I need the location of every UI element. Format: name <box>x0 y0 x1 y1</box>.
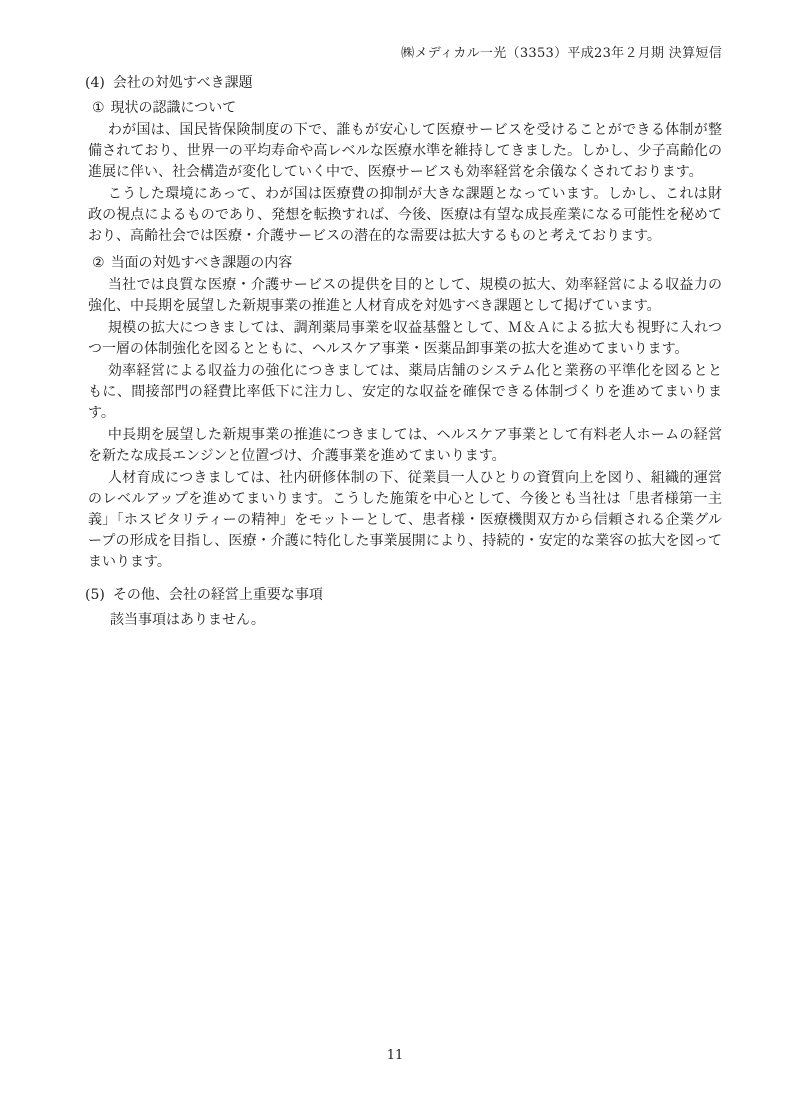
page-header: ㈱メディカル一光（3353）平成23年２月期 決算短信 <box>401 46 722 62</box>
paragraph: 効率経営による収益力の強化につきましては、薬局店舗のシステム化と業務の平準化を図… <box>88 361 722 424</box>
section-4-label: (4) <box>85 75 105 91</box>
section-5-body: 該当事項はありません。 <box>110 610 725 631</box>
subsection-1-heading: ①現状の認識について <box>92 98 725 119</box>
section-4-heading: (4)会社の対処すべき課題 <box>85 73 725 94</box>
paragraph: 当社では良質な医療・介護サービスの提供を目的として、規模の拡大、効率経営による収… <box>88 275 722 317</box>
document-body: (4)会社の対処すべき課題 ①現状の認識について わが国は、国民皆保険制度の下で… <box>85 73 725 631</box>
subsection-2-heading: ②当面の対処すべき課題の内容 <box>92 253 725 274</box>
section-5-label: (5) <box>85 587 105 603</box>
paragraph: こうした環境にあって、わが国は医療費の抑制が大きな課題となっています。しかし、こ… <box>88 184 722 247</box>
section-5-title: その他、会社の経営上重要な事項 <box>113 587 323 603</box>
paragraph: わが国は、国民皆保険制度の下で、誰もが安心して医療サービスを受けることができる体… <box>88 120 722 183</box>
section-4-title: 会社の対処すべき課題 <box>113 75 253 91</box>
subsection-1-label: ① <box>92 100 105 116</box>
paragraph: 規模の拡大につきましては、調剤薬局事業を収益基盤として、Ｍ＆Ａによる拡大も視野に… <box>88 318 722 360</box>
document-page: ㈱メディカル一光（3353）平成23年２月期 決算短信 (4)会社の対処すべき課… <box>0 0 790 1118</box>
subsection-2-title: 当面の対処すべき課題の内容 <box>111 255 293 271</box>
page-footer: 11 <box>0 1048 790 1064</box>
subsection-1-title: 現状の認識について <box>111 100 237 116</box>
paragraph: 人材育成につきましては、社内研修体制の下、従業員一人ひとりの資質向上を図り、組織… <box>88 468 722 573</box>
paragraph: 中長期を展望した新規事業の推進につきましては、ヘルスケア事業として有料老人ホーム… <box>88 425 722 467</box>
page-number: 11 <box>387 1048 404 1063</box>
doc-reference-text: ㈱メディカル一光（3353）平成23年２月期 決算短信 <box>401 46 722 61</box>
section-5-heading: (5)その他、会社の経営上重要な事項 <box>85 585 725 606</box>
subsection-2-label: ② <box>92 255 105 271</box>
